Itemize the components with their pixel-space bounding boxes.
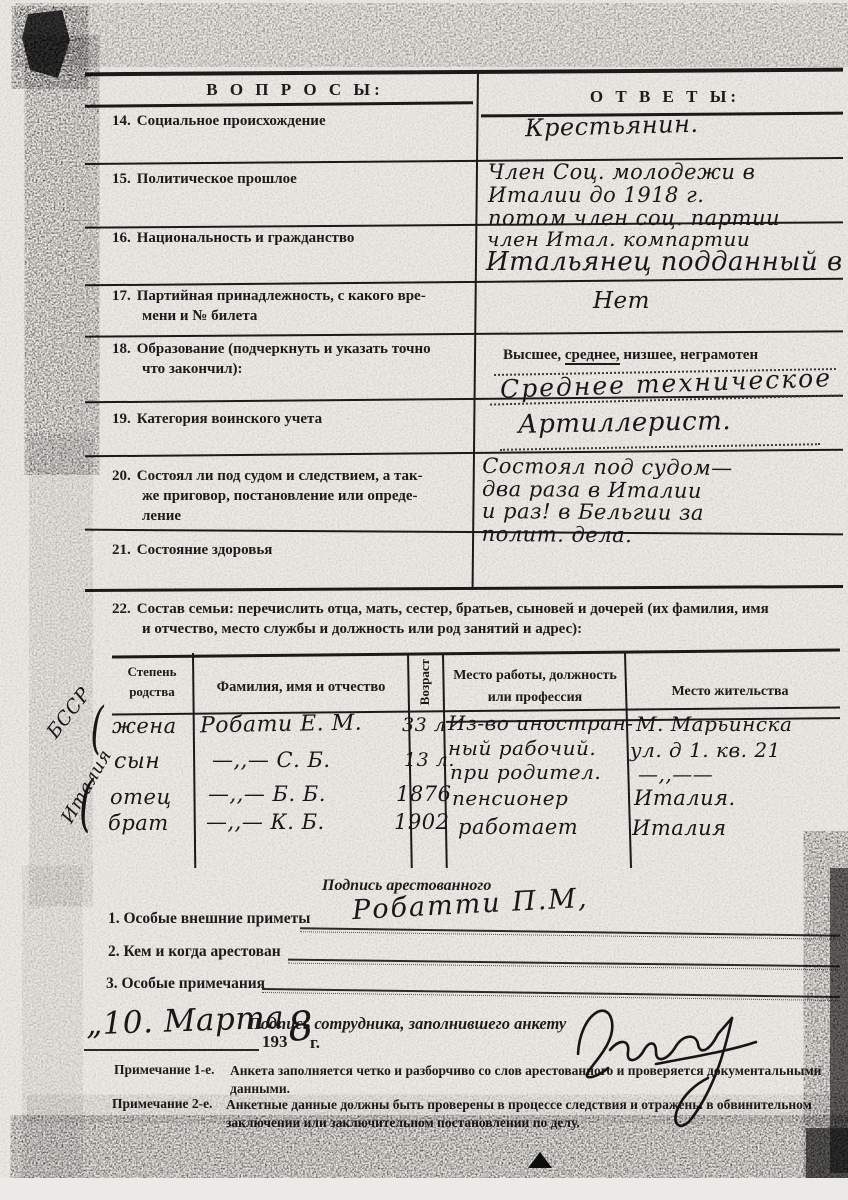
question-16-text: Национальность и гражданство: [137, 230, 355, 246]
note-2-label: Примечание 2-е.: [112, 1096, 213, 1112]
family-relation-4: брат: [108, 811, 169, 835]
answer-14-handwriting: Крестьянин.: [525, 110, 699, 143]
year-handwriting: 8: [286, 1003, 317, 1051]
answer-16-handwriting: Итальянец подданный в: [486, 247, 843, 277]
question-19-text: Категория воинского учета: [137, 411, 322, 427]
family-col-line-1: [192, 653, 196, 868]
item-2-number: 2.: [108, 943, 120, 960]
item-1-label: 1. Особые внешние приметы: [108, 910, 310, 928]
rule-table-bottom: [85, 585, 843, 592]
family-header-relation: Степень родства: [114, 662, 190, 702]
question-19: 19.Категория воинского учета: [112, 410, 494, 430]
family-name-2: —,,— С. Б.: [212, 748, 331, 772]
grain-left-band-lower: [25, 880, 80, 1170]
column-header-answers: О Т В Е Т Ы:: [500, 87, 830, 107]
family-age-3: 1876: [396, 782, 451, 806]
date-handwriting: „10. Марта: [85, 1000, 284, 1043]
rule-top: [85, 68, 843, 77]
question-21: 21.Состояние здоровья: [112, 541, 494, 561]
family-name-1: Робати Е. М.: [200, 711, 363, 739]
column-header-questions: В О П Р О С Ы:: [130, 80, 460, 100]
scanned-arrest-questionnaire-page: В О П Р О С Ы: О Т В Е Т Ы: 14.Социально…: [0, 0, 848, 1200]
question-16-number: 16.: [112, 230, 137, 246]
family-age-4: 1902: [394, 810, 449, 834]
family-residence-line-1: М. Марьинска: [636, 712, 792, 736]
rule-q16: [85, 278, 843, 287]
question-21-text: Состояние здоровья: [137, 542, 273, 558]
dark-blob-top-left: [22, 10, 70, 78]
question-17: 17.Партийная принадлежность, с какого вр…: [112, 287, 494, 327]
family-residence-line-5: Италия: [632, 816, 727, 840]
staff-signature-scrawl: [556, 992, 806, 1132]
family-table-top-rule: [112, 649, 840, 659]
date-underline: [84, 1049, 259, 1051]
family-name-3: —,,— Б. Б.: [208, 782, 326, 806]
item-1-number: 1.: [108, 910, 120, 927]
item-2-text: Кем и когда арестован: [124, 943, 281, 960]
family-work-line-4: пенсионер: [452, 786, 568, 810]
question-14: 14.Социальное происхождение: [112, 112, 494, 132]
rule-header-left: [85, 101, 473, 107]
family-residence-line-2: ул. д 1. кв. 21: [630, 738, 781, 762]
answer-15-handwriting: Член Соц. молодежи в Италии до 1918 г. п…: [488, 161, 780, 230]
family-relation-3: отец: [110, 785, 172, 809]
clean-scanbed-strip: [0, 1178, 848, 1200]
question-15-text: Политическое прошлое: [137, 171, 297, 187]
question-19-number: 19.: [112, 411, 137, 427]
note-1-label: Примечание 1-е.: [114, 1062, 215, 1078]
question-18-text: Образование (подчеркнуть и указать точно…: [137, 341, 431, 377]
grain-top-band: [55, 6, 845, 64]
item-1-text: Особые внешние приметы: [124, 910, 311, 927]
answer-19-handwriting: Артиллерист.: [518, 406, 732, 440]
question-21-number: 21.: [112, 542, 137, 558]
family-header-name: Фамилия, имя и отчество: [198, 676, 404, 698]
margin-note-bssr: БССР: [42, 683, 95, 742]
question-20: 20.Состоял ли под судом и следствием, а …: [112, 467, 494, 526]
family-relation-2: сын: [114, 749, 160, 774]
question-14-number: 14.: [112, 113, 137, 129]
question-22-number: 22.: [112, 601, 137, 617]
question-22-text: Состав семьи: перечислить отца, мать, се…: [137, 601, 769, 637]
item-3-number: 3.: [106, 975, 118, 992]
family-header-age-vertical: Возраст: [415, 651, 435, 713]
answer-17-handwriting: Нет: [593, 288, 650, 314]
question-15-number: 15.: [112, 171, 137, 187]
family-header-residence: Место жительства: [628, 681, 832, 703]
dark-right-bottom-corner: [806, 1128, 848, 1178]
question-14-text: Социальное происхождение: [137, 113, 326, 129]
question-22: 22.Состав семьи: перечислить отца, мать,…: [112, 600, 848, 640]
question-17-number: 17.: [112, 288, 137, 304]
question-20-number: 20.: [112, 468, 137, 484]
grain-top-left-blob: [15, 10, 85, 85]
option-after: низшее, неграмотен: [620, 347, 759, 363]
family-name-4: —,,— К. Б.: [206, 810, 325, 834]
option-srednee-underlined: среднее,: [565, 347, 620, 365]
question-17-text: Партийная принадлежность, с какого вре- …: [137, 288, 426, 324]
family-work-line-3: при родител.: [450, 760, 601, 784]
grain-left-band-upper: [28, 55, 96, 455]
question-15: 15.Политическое прошлое: [112, 170, 494, 190]
option-before: Высшее,: [503, 347, 565, 363]
answer-20-handwriting: Состоял под судом— два раза в Италии и р…: [482, 455, 733, 547]
black-triangle-mark: [528, 1152, 552, 1168]
family-residence-line-3: —,,——: [638, 762, 713, 786]
family-work-line-1: Из-во иностран-: [448, 711, 634, 735]
rule-q17: [85, 330, 843, 337]
question-20-text: Состоял ли под судом и следствием, а так…: [137, 468, 423, 524]
family-work-line-2: ный рабочий.: [448, 736, 596, 760]
item-3-label: 3. Особые примечания: [106, 975, 265, 993]
family-age-1: 33 л: [402, 714, 446, 736]
item-2-label: 2. Кем и когда арестован: [108, 943, 281, 961]
question-18-number: 18.: [112, 341, 137, 357]
question-18: 18.Образование (подчеркнуть и указать то…: [112, 340, 494, 380]
family-work-line-5: работает: [458, 815, 578, 839]
answer-18-printed-options: Высшее, среднее, низшее, неграмотен: [503, 347, 758, 364]
family-header-work: Место работы, должность или профессия: [448, 665, 622, 708]
family-residence-line-4: Италия.: [634, 786, 736, 810]
item-3-text: Особые примечания: [122, 975, 266, 992]
family-relation-1: жена: [112, 714, 177, 738]
question-16: 16.Национальность и гражданство: [112, 229, 494, 249]
